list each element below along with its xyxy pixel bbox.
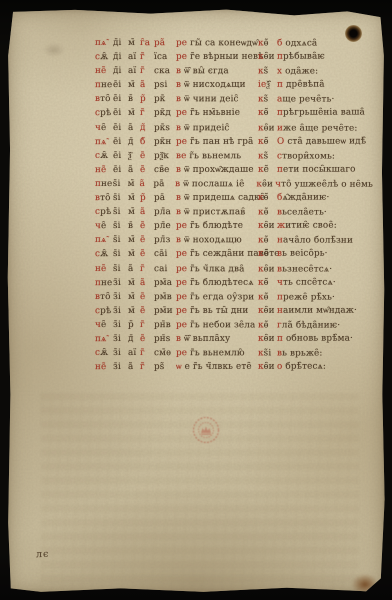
cell-ending-phrase: преже̑ рѣ̑хь·: [277, 290, 373, 304]
cell-ending-phrase: вьзнесе̑тсѧ·: [277, 262, 373, 276]
cell-konets-marker: іеѯ̑: [258, 78, 277, 92]
ink-segment: е̑: [101, 221, 106, 231]
ink-segment: г̃: [140, 362, 145, 372]
cell-reading-ref: рм̄и: [154, 304, 176, 318]
cell-konets-marker: кѕ̃і: [258, 346, 277, 360]
table-row: срѣ з̄і м̄ е̃ рм̄и ре г̃ь вь ты̑ дни кѳ̑…: [95, 303, 373, 318]
cell-letter-a: в̄: [128, 92, 140, 106]
cell-incipit: ре г̃ь егда оу̑зри: [176, 290, 258, 304]
cell-reading-ref: їса: [154, 50, 176, 64]
cell-konets-marker: кѳ̃: [258, 205, 277, 219]
ink-segment: одхѧса̑: [282, 38, 317, 48]
ink-segment: е̄і: [113, 151, 121, 161]
cell-letter-b: е̃: [140, 149, 154, 163]
ink-segment: р̄: [128, 320, 134, 330]
cell-letter-a: м̄: [128, 290, 140, 304]
cell-week-number: з̄і: [113, 318, 128, 332]
ink-segment: г̃е вѣрныи невѣ: [187, 52, 263, 62]
ink-segment: е̃: [140, 221, 145, 231]
ink-segment: ѳ̃: [264, 249, 269, 259]
cell-reading-ref: рм̄в: [154, 290, 176, 304]
ink-segment: м̄: [128, 80, 135, 90]
cell-week-number: з̄і: [113, 304, 128, 318]
cell-reading-ref: рк̄н: [154, 135, 176, 149]
ink-segment: ѯ̄: [128, 151, 132, 161]
ink-segment: ода̑же:: [282, 67, 318, 77]
ink-segment: ре: [176, 52, 187, 62]
cell-week-number: з̄і: [113, 276, 128, 290]
cell-incipit: в ѿ придеіс̑: [176, 121, 258, 135]
ink-segment: а̃: [128, 264, 133, 274]
cell-letter-a: м̄: [128, 191, 140, 205]
cell-reading-ref: рл̄е: [154, 219, 176, 233]
table-row: срѣ е̄і м̄ г̃ рк̄д ре г̃ь нм̑ьвніе кѳ̃ п…: [95, 106, 373, 121]
ink-segment: итиѥ̑ свое̑:: [285, 221, 337, 231]
cell-day: сѫ̑: [95, 149, 113, 163]
ink-segment: ра̄: [154, 193, 165, 203]
cell-letter-b: е̃: [140, 247, 154, 261]
ink-segment: ѫ̑: [100, 348, 108, 358]
cell-konets-marker: кѳ̑и: [258, 121, 277, 135]
ink-segment: м̄: [128, 207, 135, 217]
cell-reading-ref: ра̄: [154, 191, 176, 205]
ink-segment: м̄: [128, 179, 135, 189]
cell-ending-phrase: прѣбыва̑ѥ: [277, 50, 373, 64]
ink-segment: е̄і: [113, 94, 121, 104]
cell-week-number: з̄і: [113, 332, 128, 346]
ink-segment: св̄е: [154, 165, 170, 175]
cell-ending-phrase: вь веісо̑рь·: [277, 247, 373, 261]
cell-letter-b: е̃: [140, 290, 154, 304]
ink-segment: твори̑хомь:: [282, 151, 335, 161]
cell-reading-ref: св̄е: [154, 163, 176, 177]
ink-segment: ѕ̃: [264, 151, 269, 161]
faint-smudge: [43, 43, 65, 57]
ink-segment: ѕ̃: [264, 95, 269, 105]
ink-segment: д̄і: [113, 52, 122, 62]
ink-segment: е̃: [140, 235, 145, 245]
ink-segment: м̄: [128, 235, 135, 245]
cell-day: че̑: [95, 318, 113, 332]
ink-segment: ѯ̑: [266, 80, 270, 90]
ink-segment: рм̄в: [154, 292, 172, 302]
ink-segment: е̃: [140, 292, 145, 302]
ink-segment: м̄: [128, 38, 135, 48]
table-row: че̑ з̄і р̄ г̃ рн̄в ре г̃ь небои зе̑ла кѳ…: [95, 318, 373, 333]
ink-segment: ѿ прохѡ̑ждаше: [181, 165, 254, 175]
cell-konets-marker: кѳ̑и: [258, 50, 277, 64]
ink-segment: ѳ̃: [264, 236, 269, 246]
table-row: не̃ з̄і а̃ г̃ рѕ̃ ѡ е г̃ь ч̃лвкь ете̑ кѳ…: [95, 360, 373, 375]
ink-segment: г̃ь блюдѣте: [187, 221, 243, 231]
ink-segment: а̃: [140, 278, 145, 288]
cell-konets-marker: кѳ̃: [258, 134, 277, 148]
cell-letter-b: г̃: [140, 360, 154, 374]
ink-segment: д̄і: [113, 38, 122, 48]
cell-ending-phrase: иже а̑ще рече̑те:: [277, 121, 373, 135]
cell-week-number: д̄і: [113, 50, 128, 64]
cell-incipit: в ѿ нисходѧщи: [176, 78, 258, 92]
cell-day: срѣ: [95, 304, 113, 318]
cell-day: не̃: [95, 261, 113, 275]
cell-incipit: в ѿ̑ вьпла̑ху: [176, 332, 258, 346]
ink-segment: ѕ̄і: [113, 193, 121, 203]
ink-segment: а̃: [140, 80, 145, 90]
ink-segment: рѣ: [100, 109, 111, 119]
ink-segment: ѕ̄і: [113, 263, 121, 273]
ink-segment: ѳ̃: [264, 320, 269, 330]
cell-incipit: в ѿ пристѫпав̑: [176, 205, 258, 219]
cell-incipit: ре гы̃ са конеѡдѡ̑: [176, 36, 258, 50]
ink-segment: са̄і: [154, 249, 167, 259]
cell-konets-marker: кѳ̑и: [258, 262, 277, 276]
cell-week-number: ѕ̄і: [113, 233, 128, 247]
ink-segment: ѫ̑: [100, 151, 108, 161]
cell-letter-b: а̃: [140, 78, 154, 92]
cell-day: пне: [95, 276, 113, 290]
cell-reading-ref: саі: [154, 262, 176, 276]
ink-segment: рк̄: [154, 94, 165, 104]
ink-segment: ѿ ноходѧщю: [181, 235, 242, 245]
cell-incipit: в ѿ чини деіс̑: [176, 93, 258, 107]
cell-reading-ref: рм̄а: [154, 276, 176, 290]
library-stamp-icon: [189, 413, 223, 447]
ink-segment: ѿ̑ вьпла̑ху: [181, 334, 230, 344]
cell-konets-marker: кѕ̃: [258, 149, 277, 163]
cell-ending-phrase: О ста̑ давьшеѡ идѣ̑: [277, 134, 373, 148]
cell-letter-b: а̃: [140, 276, 154, 290]
ink-segment: е̃: [140, 151, 145, 161]
cell-week-number: ѕ̄і: [113, 177, 128, 191]
ink-segment: е̃: [140, 334, 145, 344]
cell-incipit: ре г̃ь небои зе̑ла: [176, 318, 258, 332]
cell-konets-marker: кѳ̑и: [256, 177, 275, 191]
table-row: сѫ̑ ѕ̄і м̄ е̃ са̄і ре г̃ь сежда̑ни паве̑…: [95, 247, 373, 262]
ink-segment: е г̃ь ч̃лвкь ете̑: [182, 362, 252, 372]
cell-week-number: д̄і: [113, 36, 128, 50]
table-row: сѫ̑ е̄і ѯ̄ е̃ рѯ̄к ве г̃ь вьнемль кѕ̃ ст…: [95, 149, 373, 164]
ink-segment: ѳ̃: [264, 136, 269, 146]
table-row: пне е̄і м̄ а̃ рѕі в ѿ нисходѧщи іеѯ̑ п д…: [95, 78, 373, 93]
ink-segment: м̄: [128, 306, 135, 316]
cell-day: сѫ̑: [95, 346, 113, 360]
cell-letter-a: а̃: [128, 360, 140, 374]
ink-segment: рѣбыва̑ѥ: [283, 52, 325, 62]
cell-ending-phrase: пети посы̑кшаго: [277, 162, 373, 176]
cell-day: пѧ̃: [95, 36, 113, 50]
ink-segment: р̃: [140, 94, 146, 104]
ink-segment: з̄і: [113, 292, 121, 302]
ink-segment: г̃ь ч̃лка два̑: [187, 264, 244, 274]
ink-segment: рѣ: [100, 207, 111, 217]
ink-segment: не: [101, 179, 112, 189]
cell-letter-a: м̄: [128, 233, 140, 247]
ink-segment: ре: [176, 264, 187, 274]
ink-segment: то̑: [100, 292, 110, 302]
ink-segment: реже̑ рѣ̑хь·: [283, 292, 335, 302]
cell-konets-marker: кѳ̃: [258, 36, 277, 50]
cell-incipit: в ѿ ноходѧщю: [176, 233, 258, 247]
table-row: пѧ̃ з̄і д̄ е̃ рн̄ѕ в ѿ̑ вьпла̑ху кѳ̑и п …: [95, 331, 373, 346]
cell-day: не̃: [95, 360, 113, 374]
cell-incipit: ре г̃ь ч̃лка два̑: [176, 262, 258, 276]
ink-segment: е̃: [140, 249, 145, 259]
ink-segment: рл̄з: [154, 235, 170, 245]
ink-segment: аимли мѡ̑ндаж·: [283, 305, 357, 315]
photo-background: пѧ̃ д̄і м̄ г̑а ра̃ ре гы̃ са конеѡдѡ̑ кѳ…: [0, 0, 392, 600]
cell-reading-ref: рѯ̄к: [154, 149, 176, 163]
ink-segment: г̃ь вьнемль: [186, 151, 241, 161]
ink-segment: ѿ придешѧ садке̑: [181, 193, 265, 203]
cell-ending-phrase: что̑ ушжее̑лѣ о не̑мь: [275, 177, 373, 191]
cell-letter-a: аї: [128, 64, 140, 78]
cell-week-number: е̄і: [113, 149, 128, 163]
ink-segment: г̃: [140, 52, 145, 62]
cell-reading-ref: рл̄з: [154, 233, 176, 247]
cell-letter-a: м̄: [128, 205, 140, 219]
ink-segment: г̃ь блюдѣтесѧ: [187, 277, 253, 287]
ink-segment: см̄ѳ: [154, 348, 171, 358]
ink-segment: ре: [176, 277, 187, 287]
cell-konets-marker: кѳ̃: [258, 234, 277, 248]
cell-week-number: ѕ̄і: [113, 205, 128, 219]
ink-segment: то̑: [100, 94, 110, 104]
ink-segment: ѳ̑и: [264, 334, 275, 344]
cell-letter-a: аї: [128, 50, 140, 64]
table-row: сѫ̑ д̄і аї г̃ їса ре г̃е вѣрныи невѣ кѳ̑…: [95, 50, 373, 65]
ink-segment: д̄: [128, 137, 134, 147]
cell-reading-ref: рл̄а: [154, 205, 176, 219]
ink-segment: то̑ ушжее̑лѣ о не̑мь: [281, 179, 373, 189]
cell-konets-marker: кѕ̃: [258, 65, 277, 79]
ink-segment: а̃: [140, 179, 145, 189]
ink-segment: ѕ̄і: [113, 179, 121, 189]
cell-letter-b: г̃: [140, 50, 154, 64]
ink-segment: м̄: [128, 108, 135, 118]
cell-letter-b: а̃: [140, 205, 154, 219]
cell-konets-marker: кѳ̃: [258, 290, 277, 304]
ink-segment: ѳ̑и: [262, 179, 273, 189]
cell-week-number: ѕ̄і: [113, 191, 128, 205]
cell-ending-phrase: житиѥ̑ свое̑:: [277, 219, 373, 233]
cell-day: срѣ: [95, 205, 113, 219]
ink-segment: рм̄а: [154, 278, 172, 288]
cell-konets-marker: кѳ̑и: [258, 360, 277, 374]
cell-letter-a: д̄: [128, 332, 140, 346]
ink-segment: же а̑ще рече̑те:: [283, 123, 358, 133]
ink-segment: ска: [154, 66, 170, 76]
cell-letter-a: р̄: [128, 318, 140, 332]
manuscript-page: пѧ̃ д̄і м̄ г̑а ра̃ ре гы̃ са конеѡдѡ̑ кѳ…: [7, 9, 385, 593]
cell-letter-a: м̄: [128, 106, 140, 120]
ink-segment: рл̄е: [154, 221, 171, 231]
ink-segment: г̃ь нм̑ьвніе: [187, 108, 240, 118]
ink-segment: ѳ̑и: [264, 52, 275, 62]
ink-segment: ѕ̃і: [264, 348, 272, 358]
table-row: вто̑ з̄і м̄ е̃ рм̄в ре г̃ь егда оу̑зри к…: [95, 290, 373, 305]
ink-segment: ре: [176, 348, 187, 358]
ink-segment: ѳ̃: [264, 292, 269, 302]
cell-ending-phrase: чть спсе̑тсѧ·: [277, 275, 373, 289]
ink-segment: саі: [154, 264, 167, 274]
cell-letter-a: м̄: [128, 177, 140, 191]
cell-letter-a: в̄: [128, 219, 140, 233]
ink-segment: ьсела̑еть·: [282, 208, 327, 218]
cell-letter-a: ѯ̄: [128, 149, 140, 163]
ink-segment: пѧ̃: [95, 137, 106, 147]
cell-incipit: ре г̃ь пан нѣ гра̑: [176, 134, 258, 148]
ink-segment: ѿ̑ вы̑ єгда: [181, 66, 229, 76]
cell-reading-ref: рн̄ѕ: [154, 332, 176, 346]
cell-week-number: е̄і: [113, 92, 128, 106]
ink-segment: е̄і: [113, 109, 121, 119]
ink-segment: гы̃ са конеѡдѡ̑: [187, 38, 258, 48]
ink-segment: не: [101, 80, 112, 90]
cell-reading-ref: ра̄: [153, 177, 175, 191]
ink-segment: е̃: [140, 165, 145, 175]
ink-segment: д̃: [140, 123, 146, 133]
ink-segment: ре: [176, 38, 187, 48]
cell-letter-a: м̄: [128, 78, 140, 92]
ink-segment: ѕ̄і: [113, 207, 121, 217]
ink-segment: а̃: [128, 165, 133, 175]
ink-segment: б̃: [140, 137, 145, 147]
ink-segment: аї: [128, 66, 136, 76]
ink-segment: ача̑ло болѣ̑зни: [283, 236, 353, 246]
ink-segment: е̄і: [113, 123, 121, 133]
ink-segment: г̃ь егда оу̑зри: [187, 292, 254, 302]
ink-segment: ѕ̄і: [113, 249, 121, 259]
cell-reading-ref: рн̄в: [154, 318, 176, 332]
ink-segment: ть спсе̑тсѧ·: [283, 277, 336, 287]
ink-segment: ѳ̃: [264, 193, 269, 203]
table-row: пне з̄і м̄ а̃ рм̄а ре г̃ь блюдѣтесѧ кѳ̃ …: [95, 275, 373, 290]
ink-segment: дре̑вѣпа̑: [283, 80, 325, 90]
cell-letter-a: м̄: [128, 36, 140, 50]
ink-segment: пѧ̃: [95, 334, 106, 344]
ink-segment: ре: [176, 249, 187, 259]
cell-letter-a: м̄: [128, 304, 140, 318]
ink-segment: обновь врѣ̑ма·: [283, 334, 353, 344]
ink-segment: ѫ̑: [100, 52, 108, 62]
ink-segment: не̃: [95, 362, 106, 372]
cell-konets-marker: кѳ̃: [258, 247, 277, 261]
cell-week-number: ѕ̄і: [113, 247, 128, 261]
table-row: сѫ̑ з̄і аї г̃ см̄ѳ ре г̃ь вьнемлю̑ кѕ̃і …: [95, 346, 373, 361]
cell-day: че̑: [95, 120, 113, 134]
cell-week-number: ѕ̄і: [113, 219, 128, 233]
ink-segment: ѿ пристѫпав̑: [181, 207, 245, 217]
ink-segment: не̃: [95, 66, 106, 76]
cell-ending-phrase: створи̑хомь:: [277, 149, 373, 163]
cell-konets-marker: кѳ̃: [258, 106, 277, 120]
cell-week-number: д̄і: [113, 64, 128, 78]
cell-week-number: ѕ̄і: [113, 261, 128, 275]
cell-day: срѣ: [95, 107, 113, 121]
cell-day: пне: [95, 78, 113, 92]
cell-incipit: ѡ е г̃ь ч̃лвкь ете̑: [176, 360, 258, 374]
ink-segment: ста̑ давьшеѡ идѣ̑: [284, 136, 366, 146]
cell-letter-a: м̄: [128, 276, 140, 290]
cell-week-number: з̄і: [113, 346, 128, 360]
cell-letter-a: м̄: [128, 247, 140, 261]
ink-segment: ѿ нисходѧщи: [181, 80, 246, 90]
ink-segment: з̄і: [113, 362, 121, 372]
cell-ending-phrase: гла̃ бѣда̑ниѥ·: [277, 318, 373, 332]
ink-segment: ре: [176, 292, 187, 302]
ink-segment: ще рече̑ть·: [282, 95, 334, 105]
cell-letter-b: е̃: [140, 233, 154, 247]
ink-segment: г̃: [140, 348, 145, 358]
cell-letter-a: а̃: [128, 163, 140, 177]
lectionary-table: пѧ̃ д̄і м̄ г̑а ра̃ ре гы̃ са конеѡдѡ̑ кѳ…: [95, 36, 373, 374]
cell-incipit: ре г̃е вѣрныи невѣ: [176, 50, 258, 64]
cell-week-number: з̄і: [113, 360, 128, 374]
ink-segment: ѿ придеіс̑: [181, 123, 229, 133]
ink-segment: г̃: [140, 320, 145, 330]
ink-segment: г̃ь пан нѣ гра̑: [187, 136, 253, 146]
cell-day: сѫ̑: [95, 50, 113, 64]
ink-segment: ѳ̑и: [264, 362, 275, 372]
cell-incipit: ре г̃ь блюдѣте: [176, 219, 258, 233]
cell-incipit: ре г̃ь блюдѣтесѧ: [176, 275, 258, 289]
cell-letter-b: е̃: [140, 219, 154, 233]
ink-segment: е̃: [140, 306, 145, 316]
ink-segment: рѕ̃: [154, 362, 164, 372]
ink-segment: не̃: [95, 165, 106, 175]
ink-segment: ѿ послашѧ іе̑: [180, 179, 244, 189]
cell-letter-a: а̄: [128, 121, 140, 135]
ink-segment: ѳ̑и: [264, 221, 275, 231]
ink-segment: ре: [176, 306, 187, 316]
cell-incipit: ре г̃ь нм̑ьвніе: [176, 106, 258, 120]
ink-segment: аї: [128, 348, 136, 358]
ink-segment: рк̄н: [154, 137, 171, 147]
ink-segment: ѕ̄і: [113, 221, 121, 231]
ink-segment: а̃: [140, 207, 145, 217]
table-row: не̃ ѕ̄і а̃ г̃ саі ре г̃ь ч̃лка два̑ кѳ̑и…: [95, 261, 373, 276]
ink-segment: е̑: [101, 320, 106, 330]
ink-segment: рѣгрьше̑ніа ваша̑: [283, 108, 365, 118]
table-row: че̑ е̄і а̄ д̃ рк̄ѕ в ѿ придеіс̑ кѳ̑и иже…: [95, 120, 373, 135]
ink-segment: їса: [154, 52, 167, 62]
ink-segment: ѕ̃: [264, 67, 269, 77]
ink-segment: ре: [176, 137, 187, 147]
ink-segment: ѕ̄і: [113, 235, 121, 245]
cell-ending-phrase: о брѣ̑тесѧ:: [277, 360, 373, 374]
ink-segment: е̑: [101, 123, 106, 133]
cell-week-number: е̄і: [113, 78, 128, 92]
ink-segment: е̄і: [113, 137, 121, 147]
cell-reading-ref: ра̃: [154, 36, 176, 50]
ink-segment: рл̄а: [154, 207, 171, 217]
ink-segment: д̄і: [113, 66, 122, 76]
cell-letter-b: е̃: [140, 304, 154, 318]
cell-reading-ref: рѕі: [154, 78, 176, 92]
cell-incipit: в ѿ прохѡ̑ждаше: [176, 163, 258, 177]
table-row: пѧ̃ е̄і д̄ б̃ рк̄н ре г̃ь пан нѣ гра̑ кѳ…: [95, 134, 373, 149]
cell-reading-ref: ска: [154, 64, 176, 78]
cell-letter-b: е̃: [140, 332, 154, 346]
cell-week-number: з̄і: [113, 290, 128, 304]
cell-ending-phrase: п обновь врѣ̑ма·: [277, 331, 373, 345]
ink-segment: ѳ̑и: [264, 264, 275, 274]
ink-segment: з̄і: [113, 334, 121, 344]
ink-segment: в̄: [128, 221, 133, 231]
cell-letter-b: е̃: [140, 163, 154, 177]
ink-segment: рн̄ѕ: [154, 334, 170, 344]
ink-segment: м̄: [128, 292, 135, 302]
